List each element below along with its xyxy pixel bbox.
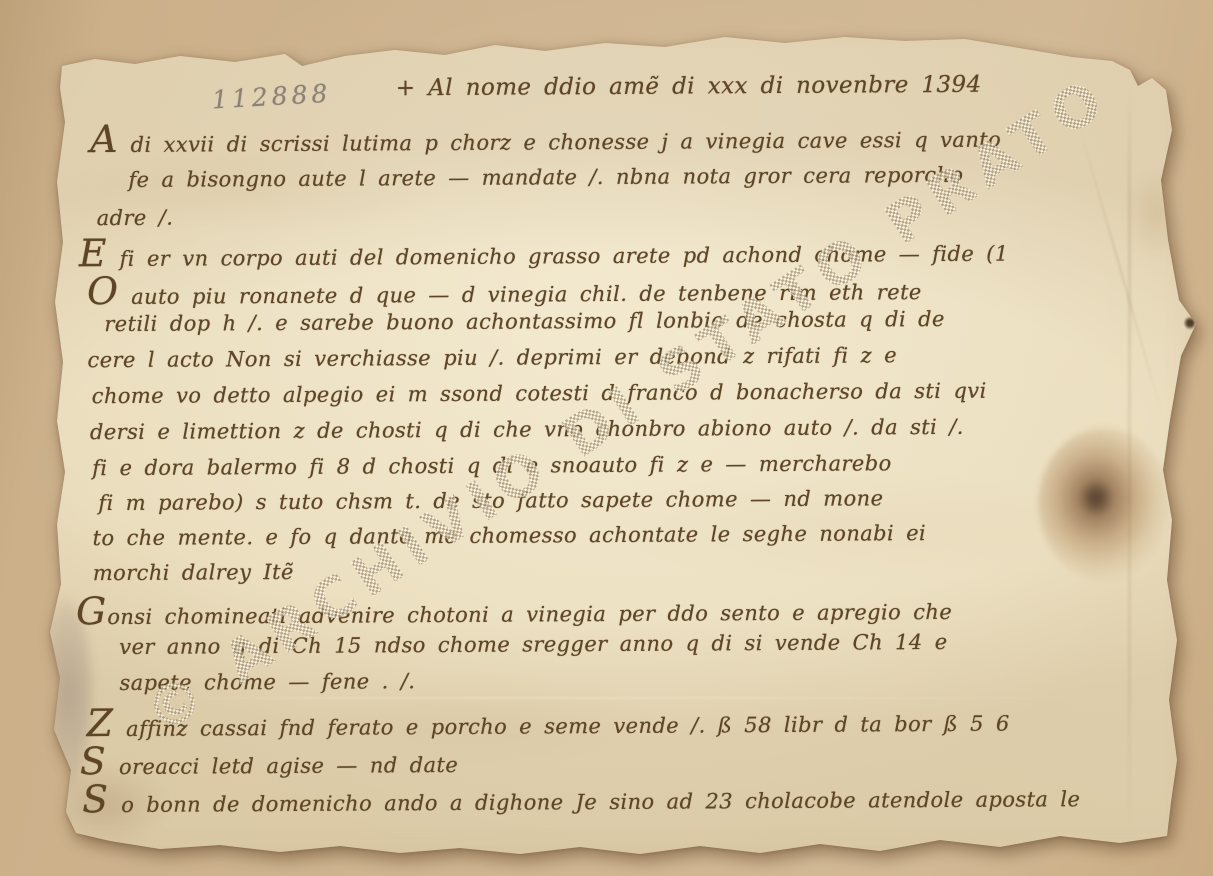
text-line: to che mente. e fo q danto me chomesso a… bbox=[93, 521, 927, 550]
text-line: fi m parebo) s tuto chsm t. de sto fatto… bbox=[98, 486, 883, 515]
header-dateline: + Al nome ddio amẽ di xxx di novenbre 13… bbox=[396, 72, 982, 102]
text-line: A di xxvii di scrissi lutima p chorz e c… bbox=[90, 120, 1001, 158]
text-line: sapete chome — fene . /. bbox=[119, 669, 415, 695]
manuscript-scan: 112888 + Al nome ddio amẽ di xxx di nove… bbox=[0, 0, 1213, 876]
text-line: Z affinz cassai fnd ferato e porcho e se… bbox=[87, 704, 1010, 742]
body-text-block: A di xxvii di scrissi lutima p chorz e c… bbox=[0, 0, 1210, 4]
text-line: adre /. bbox=[97, 206, 174, 230]
text-line: chome vo detto alpegio ei m ssond cotest… bbox=[92, 379, 987, 408]
text-line: S o bonn de domenicho ando a dighone Je … bbox=[82, 779, 1080, 817]
pencil-archive-number: 112888 bbox=[211, 79, 332, 115]
text-line: ver anno q di Ch 15 ndso chome sregger a… bbox=[119, 630, 947, 659]
text-line: morchi dalrey Itẽ bbox=[93, 560, 294, 585]
text-line: E fi er vn corpo auti del domenicho gras… bbox=[79, 234, 1009, 272]
paper-sheet: 112888 + Al nome ddio amẽ di xxx di nove… bbox=[0, 0, 1213, 876]
manuscript-content: 112888 + Al nome ddio amẽ di xxx di nove… bbox=[0, 0, 1213, 876]
text-line: retili dop h /. e sarebe buono achontass… bbox=[104, 307, 945, 336]
text-line: fi e dora balermo fi 8 d chosti q di e s… bbox=[92, 451, 892, 480]
paper-shadow: 112888 + Al nome ddio amẽ di xxx di nove… bbox=[0, 0, 1213, 876]
text-line: Gonsi chomineati advenire chotoni a vine… bbox=[76, 592, 952, 629]
text-line: fe a bisongno aute l arete — mandate /. … bbox=[128, 163, 963, 192]
text-line: cere l acto Non si verchiasse piu /. dep… bbox=[87, 343, 897, 372]
text-line: dersi e limettion z de chosti q di che v… bbox=[90, 415, 964, 444]
text-line: S oreacci letd agise — nd date bbox=[80, 745, 458, 779]
text-line: O auto piu ronanete d que — d vinegia ch… bbox=[87, 272, 922, 309]
